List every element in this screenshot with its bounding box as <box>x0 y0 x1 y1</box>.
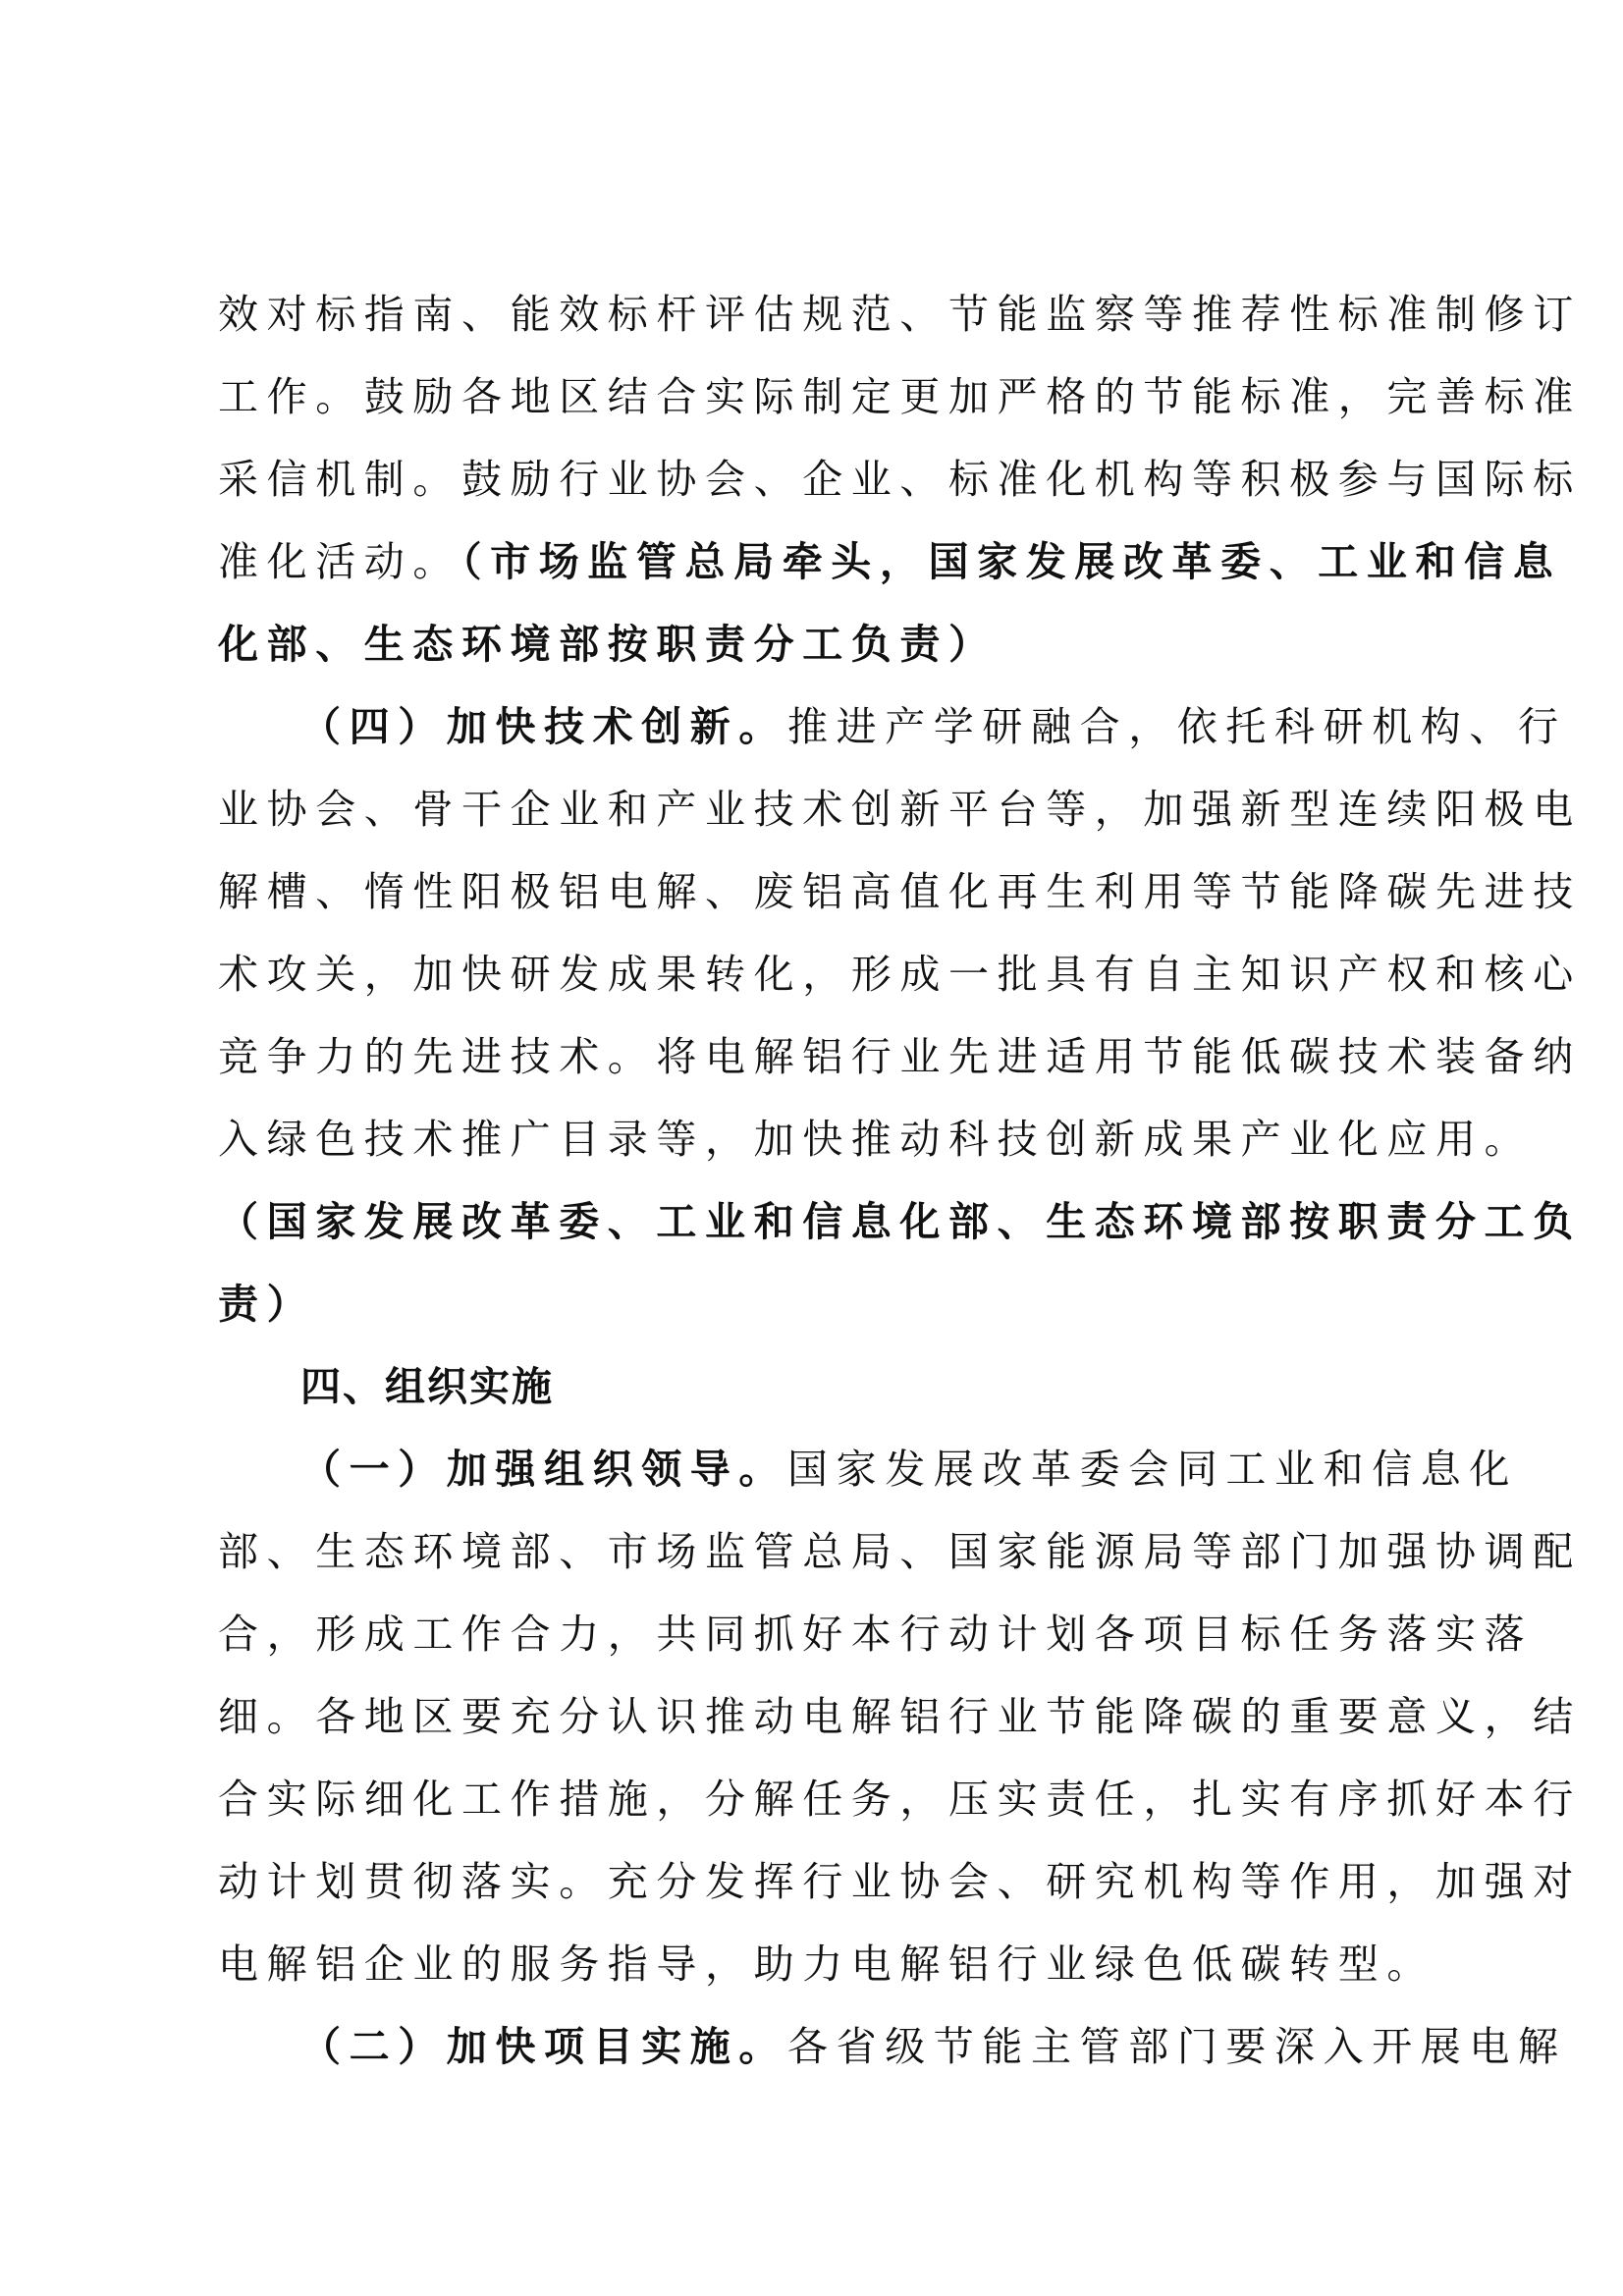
subsection-first-line: （一）加强组织领导。国家发展改革委会同工业和信息化 <box>300 1440 1518 1499</box>
responsibility-note: （市场监管总局牵头，国家发展改革委、工业和信息 <box>461 538 1561 585</box>
text-line: 竞争力的先进技术。将电解铝行业先进适用节能低碳技术装备纳 <box>218 1027 1582 1086</box>
text-line: 部、生态环境部、市场监管总局、国家能源局等部门加强协调配 <box>218 1522 1582 1581</box>
body-text: 合，形成工作合力，共同抓好本行动计划各项目标任务落实落 <box>218 1611 1533 1658</box>
text-line: 电解铝企业的服务指导，助力电解铝行业绿色低碳转型。 <box>218 1935 1435 1994</box>
text-line: 责） <box>218 1275 315 1334</box>
text-line: 合实际细化工作措施，分解任务，压实责任，扎实有序抓好本行 <box>218 1770 1582 1829</box>
body-text: 国家发展改革委会同工业和信息化 <box>787 1446 1518 1493</box>
body-text: 工作。鼓励各地区结合实际制定更加严格的节能标准，完善标准 <box>218 373 1582 420</box>
body-text: 细。各地区要充分认识推动电解铝行业节能降碳的重要意义，结 <box>218 1693 1582 1740</box>
body-text: 动计划贯彻落实。充分发挥行业协会、研究机构等作用，加强对 <box>218 1858 1582 1905</box>
responsibility-note: （国家发展改革委、工业和信息化部、生态环境部按职责分工负 <box>218 1198 1582 1245</box>
body-text: 效对标指南、能效标杆评估规范、节能监察等推荐性标准制修订 <box>218 291 1582 338</box>
body-text: 推进产学研融合，依托科研机构、行 <box>787 703 1567 750</box>
subsection-title: （四）加快技术创新。 <box>300 703 787 750</box>
body-text: 采信机制。鼓励行业协会、企业、标准化机构等积极参与国际标 <box>218 456 1582 503</box>
body-text: 合实际细化工作措施，分解任务，压实责任，扎实有序抓好本行 <box>218 1776 1582 1823</box>
text-line: 业协会、骨干企业和产业技术创新平台等，加强新型连续阳极电 <box>218 780 1582 839</box>
body-text: 各省级节能主管部门要深入开展电解 <box>787 2023 1567 2070</box>
responsibility-note: 化部、生态环境部按职责分工负责） <box>218 621 998 668</box>
text-line: （国家发展改革委、工业和信息化部、生态环境部按职责分工负 <box>218 1192 1582 1251</box>
body-text: 电解铝企业的服务指导，助力电解铝行业绿色低碳转型。 <box>218 1941 1435 1988</box>
subsection-first-line: （二）加快项目实施。各省级节能主管部门要深入开展电解 <box>300 2017 1567 2076</box>
text-line: 采信机制。鼓励行业协会、企业、标准化机构等积极参与国际标 <box>218 450 1582 509</box>
subsection-title: （二）加快项目实施。 <box>300 2023 787 2070</box>
text-line: 细。各地区要充分认识推动电解铝行业节能降碳的重要意义，结 <box>218 1687 1582 1746</box>
body-text: 部、生态环境部、市场监管总局、国家能源局等部门加强协调配 <box>218 1528 1582 1575</box>
text-line: 术攻关，加快研发成果转化，形成一批具有自主知识产权和核心 <box>218 945 1582 1004</box>
body-text: 入绿色技术推广目录等，加快推动科技创新成果产业化应用。 <box>218 1116 1533 1163</box>
text-line: 解槽、惰性阳极铝电解、废铝高值化再生利用等节能降碳先进技 <box>218 862 1582 921</box>
text-line: 工作。鼓励各地区结合实际制定更加严格的节能标准，完善标准 <box>218 367 1582 426</box>
body-text: 准化活动。 <box>218 538 461 585</box>
text-line: 合，形成工作合力，共同抓好本行动计划各项目标任务落实落 <box>218 1605 1533 1664</box>
body-text: 解槽、惰性阳极铝电解、废铝高值化再生利用等节能降碳先进技 <box>218 868 1582 915</box>
body-text: 业协会、骨干企业和产业技术创新平台等，加强新型连续阳极电 <box>218 786 1582 833</box>
body-text: 竞争力的先进技术。将电解铝行业先进适用节能低碳技术装备纳 <box>218 1033 1582 1080</box>
text-line: 入绿色技术推广目录等，加快推动科技创新成果产业化应用。 <box>218 1110 1533 1169</box>
text-line: 动计划贯彻落实。充分发挥行业协会、研究机构等作用，加强对 <box>218 1852 1582 1911</box>
responsibility-note: 责） <box>218 1281 315 1328</box>
body-text: 术攻关，加快研发成果转化，形成一批具有自主知识产权和核心 <box>218 951 1582 998</box>
text-line: 化部、生态环境部按职责分工负责） <box>218 615 998 674</box>
subsection-title: （一）加强组织领导。 <box>300 1446 787 1493</box>
subsection-first-line: （四）加快技术创新。推进产学研融合，依托科研机构、行 <box>300 697 1567 756</box>
section-heading: 四、组织实施 <box>300 1357 554 1416</box>
text-line: 效对标指南、能效标杆评估规范、节能监察等推荐性标准制修订 <box>218 285 1582 344</box>
text-line: 准化活动。（市场监管总局牵头，国家发展改革委、工业和信息 <box>218 532 1561 591</box>
